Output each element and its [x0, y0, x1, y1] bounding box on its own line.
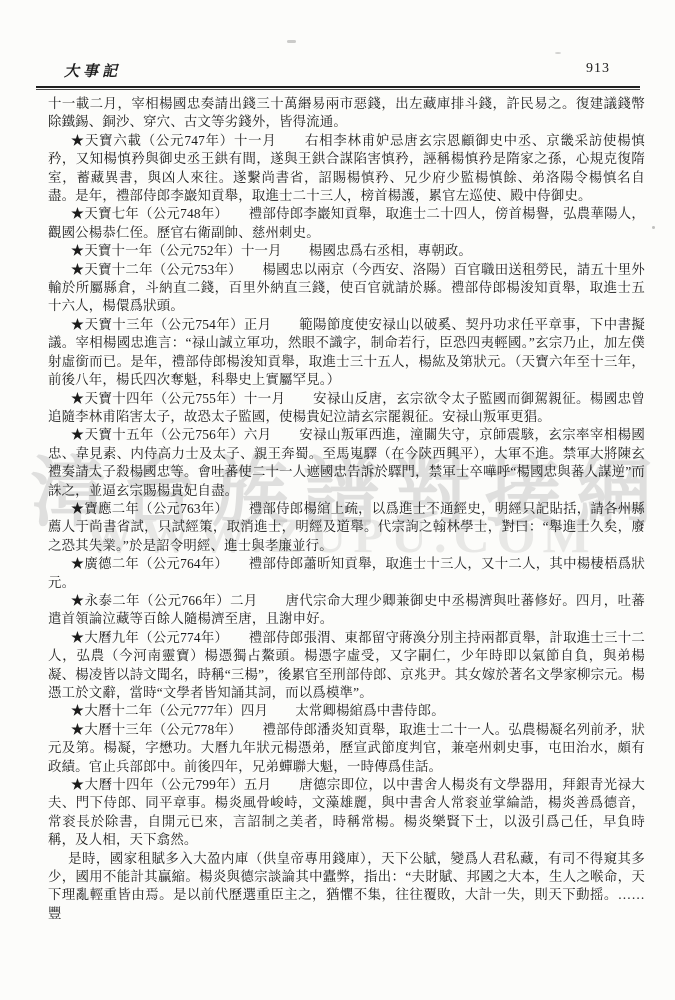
header-rule-thick-line: [36, 86, 640, 88]
entry-yongtai-2: ★永泰二年（公元766年）二月 唐代宗命大理少卿兼御史中丞楊濟與吐蕃修好。四月，…: [48, 592, 645, 629]
scan-noise-mark: [652, 226, 655, 229]
entry-tianbao-7: ★天寶七年（公元748年） 禮部侍郎李巖知貢舉，取進士二十四人，傍首楊譽，弘農華…: [48, 205, 645, 242]
entry-tianbao-6: ★天寶六載（公元747年）十一月 右相李林甫妒忌唐玄宗恩顧御史中丞、京畿采訪使楊…: [48, 132, 645, 206]
entry-baoying-2: ★寶應二年（公元763年） 禮部侍郎楊綰上疏，以爲進士不通經史，明經只記貼括，請…: [48, 500, 645, 555]
entry-guangde-2: ★廣德二年（公元764年） 禮部侍郎蕭昕知貢舉，取進士十三人，又十二人，其中楊棲…: [48, 555, 645, 592]
page-number: 913: [586, 61, 610, 77]
document-page: 漳台族譜對接網 WWW.ZUPU.COM 大事記 913 十一載二月，宰相楊國忠…: [0, 0, 675, 1000]
entry-dali-13: ★大曆十三年（公元778年） 禮部侍郎潘炎知貢舉，取進士二十一人。弘農楊凝名列前…: [48, 721, 645, 776]
page-header: 大事記 913: [0, 58, 675, 84]
scan-noise-mark: [287, 40, 296, 43]
header-rule-thin-line: [36, 89, 640, 90]
scan-noise-mark: [555, 52, 561, 54]
header-rule: [36, 86, 640, 90]
entry-tianbao-14: ★天寶十四年（公元755年）十一月 安禄山反唐，玄宗欲令太子監國而御駕親征。楊國…: [48, 390, 645, 427]
entry-tianbao-11: ★天寶十一年（公元752年）十一月 楊國忠爲右丞相，專朝政。: [48, 242, 645, 260]
entry-dali-14: ★大曆十四年（公元799年）五月 唐德宗即位，以中書舍人楊炎有文學器用，拜銀青光…: [48, 776, 645, 850]
entry-tianbao-13: ★天寶十三年（公元754年）正月 範陽節度使安禄山以破奚、契丹功求任平章事，下中…: [48, 316, 645, 390]
paragraph-continuation: 十一載二月，宰相楊國忠奏請出錢三十萬緡易兩市惡錢，出左藏庫排斗錢，許民易之。復建…: [48, 95, 645, 132]
entry-dali-12: ★大曆十二年（公元777年）四月 太常卿楊綰爲中書侍郎。: [48, 702, 645, 720]
book-title: 大事記: [64, 60, 121, 81]
entry-dali-9: ★大曆九年（公元774年） 禮部侍郎張渭、東都留守蔣渙分別主持兩都貢舉，計取進士…: [48, 629, 645, 703]
entry-tianbao-12: ★天寶十二年（公元753年） 楊國忠以兩京（今西安、洛陽）百官職田送租勞民，請五…: [48, 261, 645, 316]
page-body-text: 十一載二月，宰相楊國忠奏請出錢三十萬緡易兩市惡錢，出左藏庫排斗錢，許民易之。復建…: [48, 95, 645, 923]
paragraph-closing: 是時，國家租賦多入大盈内庫（供皇帝專用錢庫），天下公賦，變爲人君私藏，有司不得窺…: [48, 850, 645, 924]
entry-tianbao-15: ★天寶十五年（公元756年）六月 安禄山叛軍西進，潼關失守，京師震駭，玄宗率宰相…: [48, 426, 645, 500]
